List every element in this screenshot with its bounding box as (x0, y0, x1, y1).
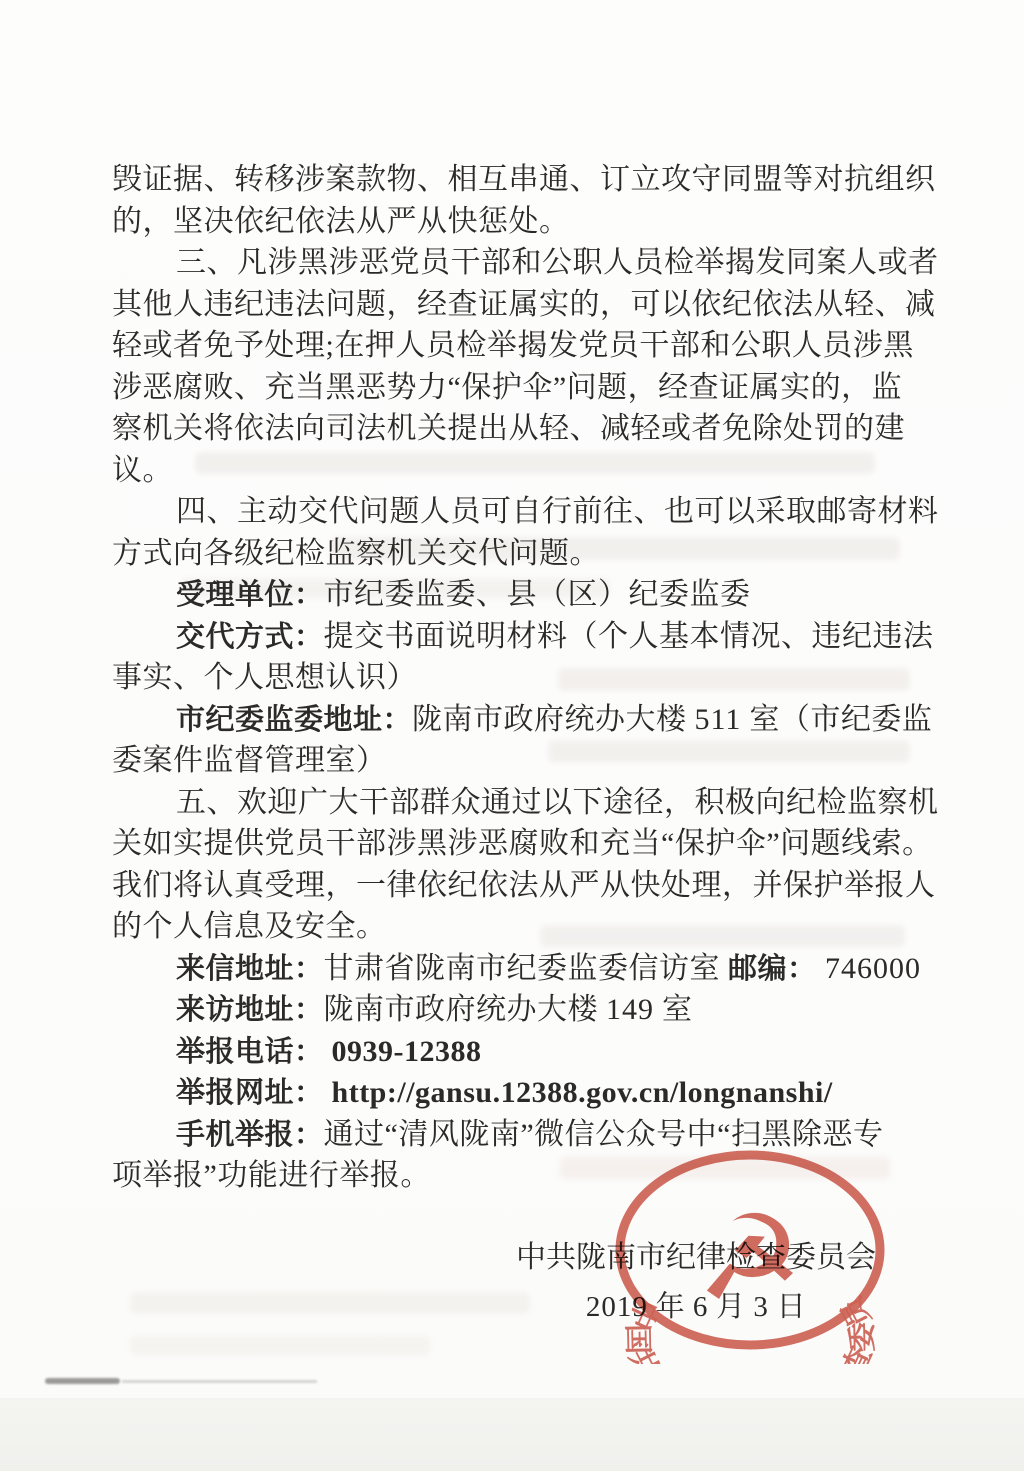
text-line: 关如实提供党员干部涉黑涉恶腐败和充当“保护伞”问题线索。 (112, 823, 916, 865)
text-line: 来访地址：陇南市政府统办大楼 149 室 (112, 989, 916, 1031)
text-line: 的，坚决依纪依法从严从快惩处。 (112, 201, 916, 243)
text-segment: 149 (606, 993, 654, 1026)
text-segment: 关如实提供党员干部涉黑涉恶腐败和充当“保护伞”问题线索。 (112, 827, 933, 860)
text-segment: 方式向各级纪检监察机关交代问题。 (112, 537, 600, 570)
text-line: 涉恶腐败、充当黑恶势力“保护伞”问题，经查证属实的，监 (112, 367, 916, 409)
text-segment: 察机关将依法向司法机关提出从轻、减轻或者免除处罚的建 (112, 412, 905, 445)
text-segment: 陇南市政府统办大楼 (412, 703, 695, 736)
text-segment: 陇南市政府统办大楼 (324, 993, 607, 1026)
field-label: 来访地址： (176, 994, 324, 1026)
text-line: 议。 (112, 450, 916, 492)
field-label: 受理单位： (176, 579, 324, 611)
text-segment: 通过“清风陇南”微信公众号中“扫黑除恶专 (324, 1118, 884, 1151)
text-segment: http://gansu.12388.gov.cn/longnanshi/ (324, 1076, 833, 1109)
bleed-through-ghost (130, 1292, 530, 1314)
text-segment: 月 (708, 1291, 753, 1323)
text-line: 方式向各级纪检监察机关交代问题。 (112, 533, 916, 575)
text-segment: 甘肃省陇南市纪委监委信访室 (324, 952, 729, 985)
text-segment: 毁证据、转移涉案款物、相互串通、订立攻守同盟等对抗组织 (112, 163, 936, 196)
text-segment: 三、凡涉黑涉恶党员干部和公职人员检举揭发同案人或者 (176, 246, 939, 279)
text-segment: 3 (753, 1291, 769, 1323)
text-line: 举报电话： 0939-12388 (112, 1031, 916, 1073)
text-segment: 其他人违纪违法问题，经查证属实的，可以依纪依法从轻、减 (112, 288, 936, 321)
text-segment: 轻或者免予处理;在押人员检举揭发党员干部和公职人员涉黑 (112, 329, 914, 362)
field-label: 来信地址： (176, 953, 324, 985)
date-line: 2019 年 6 月 3 日 (500, 1286, 892, 1328)
text-segment: 我们将认真受理，一律依纪依法从严从快处理，并保护举报人 (112, 869, 936, 902)
text-segment: 委案件监督管理室） (112, 744, 387, 777)
text-segment: 年 (648, 1291, 693, 1323)
field-label: 市纪委监委地址： (176, 704, 412, 736)
text-segment: 2019 (586, 1291, 648, 1323)
field-label: 交代方式： (176, 621, 324, 653)
text-segment: 事实、个人思想认识） (112, 661, 417, 694)
text-segment: 511 (695, 703, 742, 736)
text-segment: 室 (654, 993, 693, 1026)
text-line: 委案件监督管理室） (112, 740, 916, 782)
text-line: 项举报”功能进行举报。 (112, 1155, 916, 1197)
text-line: 事实、个人思想认识） (112, 657, 916, 699)
text-line: 的个人信息及安全。 (112, 906, 916, 948)
document-body: 毁证据、转移涉案款物、相互串通、订立攻守同盟等对抗组织的，坚决依纪依法从严从快惩… (112, 159, 916, 1197)
text-line: 察机关将依法向司法机关提出从轻、减轻或者免除处罚的建 (112, 408, 916, 450)
field-label: 举报电话： (176, 1036, 324, 1068)
text-segment: 0939-12388 (324, 1035, 482, 1068)
text-line: 手机举报：通过“清风陇南”微信公众号中“扫黑除恶专 (112, 1114, 916, 1156)
text-segment: 项举报”功能进行举报。 (112, 1159, 431, 1192)
scan-smudge (122, 1380, 317, 1383)
text-line: 四、主动交代问题人员可自行前往、也可以采取邮寄材料 (112, 491, 916, 533)
field-label: 邮编： (728, 953, 817, 985)
text-line: 受理单位：市纪委监委、县（区）纪委监委 (112, 574, 916, 616)
text-segment: 日 (769, 1291, 806, 1323)
text-segment: 议。 (112, 454, 173, 487)
text-segment: 四、主动交代问题人员可自行前往、也可以采取邮寄材料 (176, 495, 939, 528)
text-line: 举报网址： http://gansu.12388.gov.cn/longnans… (112, 1072, 916, 1114)
text-line: 三、凡涉黑涉恶党员干部和公职人员检举揭发同案人或者 (112, 242, 916, 284)
text-segment: 市纪委监委、县（区）纪委监委 (324, 578, 751, 611)
text-line: 我们将认真受理，一律依纪依法从严从快处理，并保护举报人 (112, 865, 916, 907)
text-line: 交代方式：提交书面说明材料（个人基本情况、违纪违法 (112, 616, 916, 658)
text-segment: 提交书面说明材料（个人基本情况、违纪违法 (324, 620, 934, 653)
text-line: 轻或者免予处理;在押人员检举揭发党员干部和公职人员涉黑 (112, 325, 916, 367)
text-segment: 6 (693, 1291, 709, 1323)
text-segment: 的个人信息及安全。 (112, 910, 387, 943)
signature: 中共陇南市纪律检查委员会 (500, 1237, 892, 1279)
text-segment: 室（市纪委监 (741, 703, 932, 736)
text-line: 来信地址：甘肃省陇南市纪委监委信访室 邮编： 746000 (112, 948, 916, 990)
text-segment: 746000 (817, 952, 922, 985)
field-label: 手机举报： (176, 1119, 324, 1151)
text-line: 毁证据、转移涉案款物、相互串通、订立攻守同盟等对抗组织 (112, 159, 916, 201)
text-line: 市纪委监委地址：陇南市政府统办大楼 511 室（市纪委监 (112, 699, 916, 741)
scan-edge-band (0, 1398, 1024, 1471)
scanned-page: 毁证据、转移涉案款物、相互串通、订立攻守同盟等对抗组织的，坚决依纪依法从严从快惩… (0, 0, 1024, 1471)
scan-smudge (45, 1378, 120, 1384)
text-segment: 五、欢迎广大干部群众通过以下途径，积极向纪检监察机 (176, 786, 939, 819)
text-segment: 的，坚决依纪依法从严从快惩处。 (112, 205, 570, 238)
field-label: 举报网址： (176, 1077, 324, 1109)
text-line: 五、欢迎广大干部群众通过以下途径，积极向纪检监察机 (112, 782, 916, 824)
bleed-through-ghost (130, 1336, 430, 1356)
text-line: 其他人违纪违法问题，经查证属实的，可以依纪依法从轻、减 (112, 284, 916, 326)
text-segment: 涉恶腐败、充当黑恶势力“保护伞”问题，经查证属实的，监 (112, 371, 902, 404)
